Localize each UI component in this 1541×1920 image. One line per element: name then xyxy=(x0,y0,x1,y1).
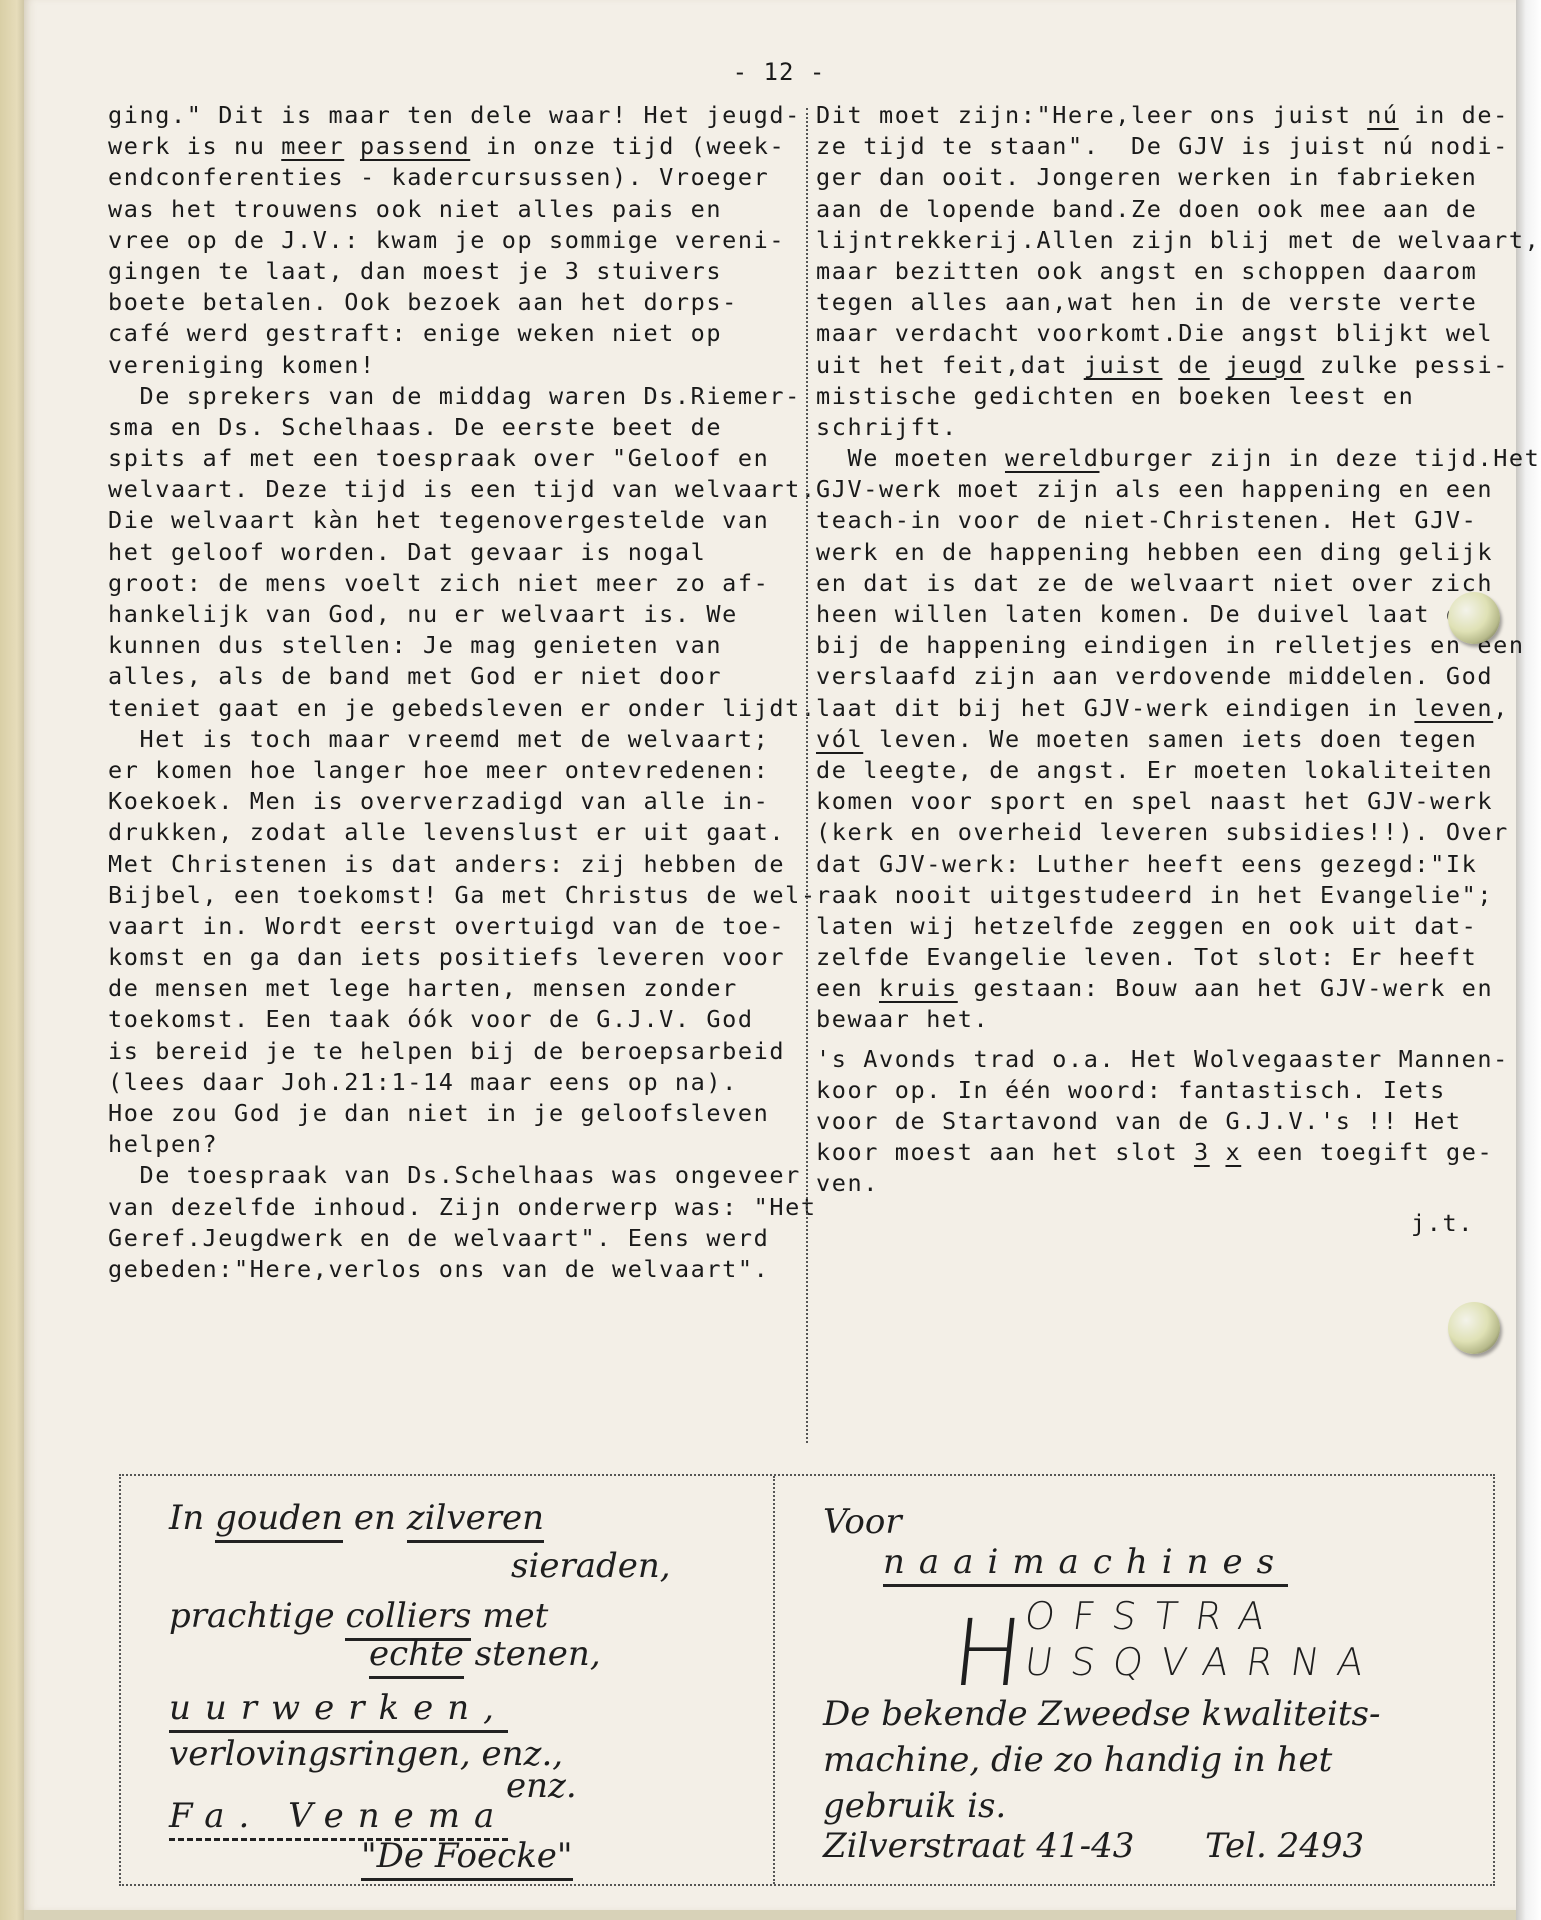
ad-sewing-product: naaimachines xyxy=(883,1542,1288,1582)
ad-brand-line-1: OFSTRA xyxy=(1022,1594,1285,1638)
text-run: laat dit bij het GJV-werk eindigen in xyxy=(816,694,1414,722)
text-line: welvaart. Deze tijd is een tijd van welv… xyxy=(108,474,808,505)
text-line: zelfde Evangelie leven. Tot slot: Er hee… xyxy=(816,942,1516,973)
text-line: vól leven. We moeten samen iets doen teg… xyxy=(816,724,1516,755)
text-line: schrijft. xyxy=(816,412,1516,443)
underlined-word: kruis xyxy=(879,974,958,1002)
text-line: Die welvaart kàn het tegenovergestelde v… xyxy=(108,505,808,536)
ad-brand-line-2: USQVARNA xyxy=(1022,1640,1384,1684)
text-line: Koekoek. Men is oververzadigd van alle i… xyxy=(108,786,808,817)
text-line: heen willen laten komen. De duivel laat … xyxy=(816,599,1516,630)
ad-jeweler-line-2: sieraden, xyxy=(511,1546,671,1586)
text-run xyxy=(1162,351,1178,379)
ad-sewing-desc-2: machine, die zo handig in het xyxy=(823,1740,1332,1780)
text-line: bewaar het. xyxy=(816,1004,1516,1035)
text-line: De sprekers van de middag waren Ds.Rieme… xyxy=(108,381,808,412)
text-line: café werd gestraft: enige weken niet op xyxy=(108,318,808,349)
paragraph-gap xyxy=(816,1036,1516,1044)
punch-hole-upper xyxy=(1448,592,1500,644)
text-line: maar verdacht voorkomt.Die angst blijkt … xyxy=(816,318,1516,349)
text-line: laat dit bij het GJV-werk eindigen in le… xyxy=(816,693,1516,724)
text-line: Dit moet zijn:"Here,leer ons juist nú in… xyxy=(816,100,1516,131)
ad-sewing-machines-hofstra: Voor naaimachines H OFSTRA USQVARNA De b… xyxy=(775,1476,1493,1884)
text-line: maar bezitten ook angst en schoppen daar… xyxy=(816,256,1516,287)
column-divider xyxy=(806,108,808,1443)
text-line: dat GJV-werk: Luther heeft eens gezegd:"… xyxy=(816,849,1516,880)
text-line: voor de Startavond van de G.J.V.'s !! He… xyxy=(816,1106,1516,1137)
text-line: Hoe zou God je dan niet in je geloofslev… xyxy=(108,1098,808,1129)
text-line: sma en Ds. Schelhaas. De eerste beet de xyxy=(108,412,808,443)
text-run xyxy=(1210,351,1226,379)
text-run: zulke pessi- xyxy=(1304,351,1509,379)
text-line: We moeten wereldburger zijn in deze tijd… xyxy=(816,443,1516,474)
ad-text-underlined: zilveren xyxy=(407,1498,544,1543)
text-run xyxy=(1210,1138,1226,1166)
paragraph-gap xyxy=(816,1200,1516,1208)
text-line: tegen alles aan,wat hen in de verste ver… xyxy=(816,287,1516,318)
underlined-word: juist xyxy=(1084,351,1163,379)
article-column-left: ging." Dit is maar ten dele waar! Het je… xyxy=(108,100,808,1285)
text-run: , xyxy=(1493,694,1509,722)
text-line: koor op. In één woord: fantastisch. Iets xyxy=(816,1075,1516,1106)
text-run: koor moest aan het slot xyxy=(816,1138,1194,1166)
text-line: groot: de mens voelt zich niet meer zo a… xyxy=(108,568,808,599)
underlined-word: passend xyxy=(360,132,470,160)
text-line: gingen te laat, dan moest je 3 stuivers xyxy=(108,256,808,287)
text-line: werk en de happening hebben een ding gel… xyxy=(816,537,1516,568)
ad-jeweler-line-5: uurwerken, xyxy=(169,1688,508,1728)
ad-product-text: naaimachines xyxy=(883,1542,1288,1587)
underlined-word: jeugd xyxy=(1225,351,1304,379)
text-run: een toegift ge- xyxy=(1241,1138,1493,1166)
ad-text: en xyxy=(343,1498,407,1538)
underlined-word: x xyxy=(1225,1138,1241,1166)
underlined-word: de xyxy=(1178,351,1210,379)
text-line: van dezelfde inhoud. Zijn onderwerp was:… xyxy=(108,1192,808,1223)
text-line: mistische gedichten en boeken leest en xyxy=(816,381,1516,412)
text-run xyxy=(344,132,360,160)
text-line: vree op de J.V.: kwam je op sommige vere… xyxy=(108,225,808,256)
text-line: ven. xyxy=(816,1168,1516,1199)
ad-jeweler-venema: In gouden en zilveren sieraden, prachtig… xyxy=(121,1476,773,1884)
text-run: burger zijn in deze tijd.Het xyxy=(1099,444,1540,472)
ad-text: met xyxy=(471,1596,548,1636)
text-run: gestaan: Bouw aan het GJV-werk en xyxy=(958,974,1493,1002)
author-signature: j.t. xyxy=(816,1208,1516,1239)
text-line: ze tijd te staan". De GJV is juist nú no… xyxy=(816,131,1516,162)
text-run: in de- xyxy=(1399,101,1509,129)
ad-jeweler-line-6: verlovingsringen, enz., xyxy=(169,1734,563,1774)
text-line: laten wij hetzelfde zeggen en ook uit da… xyxy=(816,911,1516,942)
ad-jeweler-line-7: enz. xyxy=(506,1766,577,1806)
text-line: komen voor sport en spel naast het GJV-w… xyxy=(816,786,1516,817)
underlined-word: 3 xyxy=(1194,1138,1210,1166)
text-line: gebeden:"Here,verlos ons van de welvaart… xyxy=(108,1254,808,1285)
text-run: werk is nu xyxy=(108,132,281,160)
text-run: in onze tijd (week- xyxy=(470,132,785,160)
ad-text-underlined: gouden xyxy=(215,1498,343,1543)
newsletter-page: - 12 - ging." Dit is maar ten dele waar!… xyxy=(24,0,1516,1910)
punch-hole-lower xyxy=(1448,1302,1500,1354)
text-line: teniet gaat en je gebedsleven er onder l… xyxy=(108,693,808,724)
text-line: komst en ga dan iets positiefs leveren v… xyxy=(108,942,808,973)
ad-sewing-intro: Voor xyxy=(823,1502,902,1542)
text-run: uit het feit,dat xyxy=(816,351,1084,379)
underlined-word: leven xyxy=(1414,694,1493,722)
text-line: aan de lopende band.Ze doen ook mee aan … xyxy=(816,194,1516,225)
text-line: vaart in. Wordt eerst overtuigd van de t… xyxy=(108,911,808,942)
text-line: Met Christenen is dat anders: zij hebben… xyxy=(108,849,808,880)
text-line: hankelijk van God, nu er welvaart is. We xyxy=(108,599,808,630)
ad-jeweler-shop-name: Fa. Venema xyxy=(169,1796,508,1836)
ad-text-underlined: uurwerken, xyxy=(169,1688,508,1733)
text-line: kunnen dus stellen: Je mag genieten van xyxy=(108,630,808,661)
text-line: spits af met een toespraak over "Geloof … xyxy=(108,443,808,474)
ad-jeweler-shop-subtitle: "De Foecke" xyxy=(361,1836,573,1876)
text-line: lijntrekkerij.Allen zijn blij met de wel… xyxy=(816,225,1516,256)
text-line: en dat is dat ze de welvaart niet over z… xyxy=(816,568,1516,599)
binder-spine xyxy=(0,0,24,1920)
underlined-word: vól xyxy=(816,725,863,753)
text-line: Het is toch maar vreemd met de welvaart; xyxy=(108,724,808,755)
ad-sewing-desc-3: gebruik is. xyxy=(823,1786,1006,1826)
text-line: endconferenties - kadercursussen). Vroeg… xyxy=(108,162,808,193)
text-run: een xyxy=(816,974,879,1002)
text-line: was het trouwens ook niet alles pais en xyxy=(108,194,808,225)
text-line: een kruis gestaan: Bouw aan het GJV-werk… xyxy=(816,973,1516,1004)
ad-shop-name-text: Fa. Venema xyxy=(169,1796,508,1841)
ad-jeweler-line-4: echte stenen, xyxy=(369,1634,601,1674)
text-line: 's Avonds trad o.a. Het Wolvegaaster Man… xyxy=(816,1044,1516,1075)
ad-text-underlined: echte xyxy=(369,1634,464,1679)
ad-sewing-phone: Tel. 2493 xyxy=(1205,1826,1364,1866)
text-line: het geloof worden. Dat gevaar is nogal xyxy=(108,537,808,568)
ad-text: prachtige xyxy=(169,1596,345,1636)
text-line: GJV-werk moet zijn als een happening en … xyxy=(816,474,1516,505)
underlined-word: wereld xyxy=(1005,444,1100,472)
scan-background-edge xyxy=(1516,0,1541,1920)
underlined-word: nú xyxy=(1367,101,1399,129)
text-run: leven. We moeten samen iets doen tegen xyxy=(863,725,1477,753)
ad-text: In xyxy=(169,1498,215,1538)
text-run: Dit moet zijn:"Here,leer ons juist xyxy=(816,101,1367,129)
text-line: koor moest aan het slot 3 x een toegift … xyxy=(816,1137,1516,1168)
page-number: - 12 - xyxy=(724,58,834,86)
article-column-right: Dit moet zijn:"Here,leer ons juist nú in… xyxy=(816,100,1516,1239)
underlined-word: meer xyxy=(281,132,344,160)
ad-brand-initial: H xyxy=(948,1608,1027,1700)
text-line: bij de happening eindigen in relletjes e… xyxy=(816,630,1516,661)
text-line: De toespraak van Ds.Schelhaas was ongeve… xyxy=(108,1160,808,1191)
text-line: helpen? xyxy=(108,1129,808,1160)
text-line: drukken, zodat alle levenslust er uit ga… xyxy=(108,817,808,848)
text-line: (kerk en overheid leveren subsidies!!). … xyxy=(816,817,1516,848)
text-line: ging." Dit is maar ten dele waar! Het je… xyxy=(108,100,808,131)
text-line: Bijbel, een toekomst! Ga met Christus de… xyxy=(108,880,808,911)
text-line: werk is nu meer passend in onze tijd (we… xyxy=(108,131,808,162)
ad-text: stenen, xyxy=(464,1634,601,1674)
text-line: verslaafd zijn aan verdovende middelen. … xyxy=(816,661,1516,692)
text-line: Geref.Jeugdwerk en de welvaart". Eens we… xyxy=(108,1223,808,1254)
text-line: uit het feit,dat juist de jeugd zulke pe… xyxy=(816,350,1516,381)
text-line: de leegte, de angst. Er moeten lokalitei… xyxy=(816,755,1516,786)
ad-jeweler-line-1: In gouden en zilveren xyxy=(169,1498,544,1538)
text-line: vereniging komen! xyxy=(108,350,808,381)
ad-jeweler-line-3: prachtige colliers met xyxy=(169,1596,548,1636)
ad-shop-subtitle-text: "De Foecke" xyxy=(361,1836,573,1881)
advertisement-block: In gouden en zilveren sieraden, prachtig… xyxy=(119,1474,1495,1886)
text-line: ger dan ooit. Jongeren werken in fabriek… xyxy=(816,162,1516,193)
text-run: We moeten xyxy=(816,444,1005,472)
ad-sewing-address: Zilverstraat 41-43 xyxy=(823,1826,1134,1866)
text-line: de mensen met lege harten, mensen zonder xyxy=(108,973,808,1004)
text-line: toekomst. Een taak óók voor de G.J.V. Go… xyxy=(108,1004,808,1035)
text-line: raak nooit uitgestudeerd in het Evangeli… xyxy=(816,880,1516,911)
text-line: alles, als de band met God er niet door xyxy=(108,661,808,692)
text-line: is bereid je te helpen bij de beroepsarb… xyxy=(108,1036,808,1067)
text-line: teach-in voor de niet-Christenen. Het GJ… xyxy=(816,505,1516,536)
text-line: (lees daar Joh.21:1-14 maar eens op na). xyxy=(108,1067,808,1098)
text-line: er komen hoe langer hoe meer ontevredene… xyxy=(108,755,808,786)
text-line: boete betalen. Ook bezoek aan het dorps- xyxy=(108,287,808,318)
ad-sewing-desc-1: De bekende Zweedse kwaliteits- xyxy=(823,1694,1380,1734)
